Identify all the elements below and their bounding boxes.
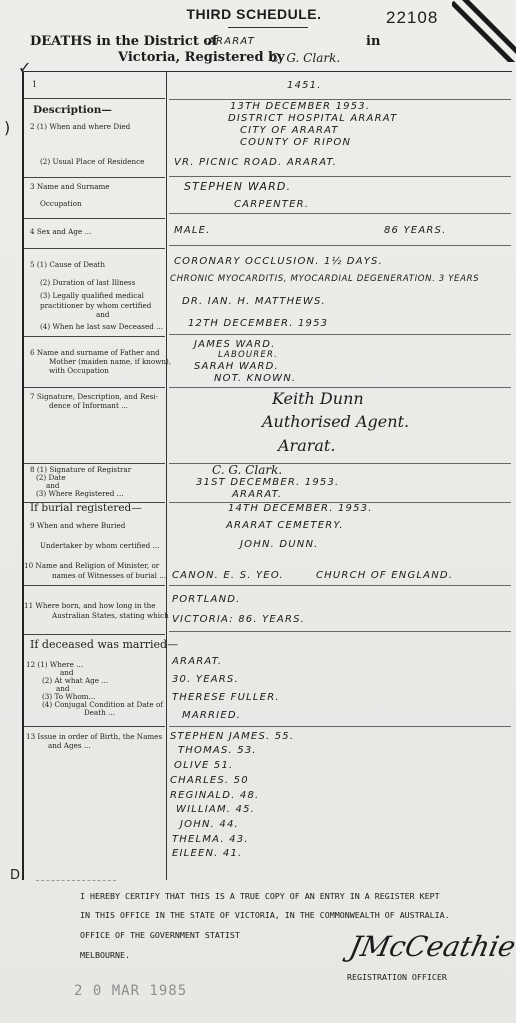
entry-rule (169, 726, 511, 727)
issue-child: REGINALD. 48. (170, 790, 259, 801)
secondary-cause-value: CHRONIC MYOCARDITIS, MYOCARDIAL DEGENERA… (170, 274, 479, 284)
practitioner-value: DR. IAN. H. MATTHEWS. (182, 296, 326, 307)
entry-rule (169, 631, 511, 632)
father-name-value: JAMES WARD. (194, 339, 276, 350)
usual-residence-label: (2) Usual Place of Residence (40, 157, 144, 167)
header-registered-label: Victoria, Registered by (118, 50, 285, 65)
married-heading: If deceased was married— (30, 640, 178, 650)
row-rule (24, 585, 165, 586)
birthplace-value: PORTLAND. (172, 594, 241, 605)
occupation-value: CARPENTER. (234, 199, 309, 210)
cause-of-death-value: CORONARY OCCLUSION. 1½ DAYS. (174, 256, 383, 267)
issue-child: THOMAS. 53. (178, 745, 257, 756)
office-name: OFFICE OF THE GOVERNMENT STATIST (80, 930, 240, 940)
usual-residence-value: VR. PICNIC ROAD. ARARAT. (174, 157, 337, 168)
entry-rule (169, 585, 511, 586)
death-place-value: DISTRICT HOSPITAL ARARAT (228, 113, 397, 124)
issue-child: CHARLES. 50 (170, 775, 249, 786)
residence-duration-value: VICTORIA: 86. YEARS. (172, 614, 305, 625)
margin-letter-d: D (10, 868, 20, 883)
marriage-place-value: ARARAT. (172, 656, 222, 667)
issue-child: EILEEN. 41. (172, 848, 242, 859)
row-rule (24, 177, 165, 178)
registrar-signature-value: C. G. Clark. (212, 463, 282, 477)
table-top-rule (22, 71, 512, 72)
entry-number-value: 1451. (287, 80, 322, 91)
occupation-label: Occupation (40, 199, 82, 209)
religion-value: CHURCH OF ENGLAND. (316, 570, 453, 581)
death-date-value: 13TH DECEMBER 1953. (230, 101, 370, 112)
death-county-value: COUNTY OF RIPON (240, 137, 351, 148)
where-registered-value: ARARAT. (232, 489, 282, 500)
row-rule (24, 336, 165, 337)
table-left-border (22, 72, 24, 880)
entry-rule (169, 99, 511, 100)
where-registered-label: (3) Where Registered ... (36, 489, 124, 499)
entry-rule (169, 245, 511, 246)
row-rule (24, 387, 165, 388)
cause-of-death-label: 5 (1) Cause of Death (30, 260, 105, 270)
certification-line-1: I HEREBY CERTIFY THAT THIS IS A TRUE COP… (80, 891, 440, 901)
spouse-name-value: THERESE FULLER. (172, 692, 280, 703)
schedule-title: THIRD SCHEDULE. (0, 6, 516, 22)
row-rule (24, 463, 165, 464)
entry-rule (169, 334, 511, 335)
row-rule (24, 218, 165, 219)
burial-place-value: ARARAT CEMETERY. (226, 520, 344, 531)
and-label: and (96, 310, 110, 320)
when-where-died-label: 2 (1) When and where Died (30, 122, 130, 132)
sex-age-label: 4 Sex and Age ... (30, 227, 91, 237)
row-rule (24, 248, 165, 249)
burial-date-value: 14TH DECEMBER. 1953. (228, 503, 373, 514)
informant-label-line2: dence of Informant ... (49, 401, 128, 411)
issue-child: OLIVE 51. (174, 760, 233, 771)
row-rule (24, 726, 165, 727)
death-city-value: CITY OF ARARAT (240, 125, 339, 136)
undertaker-label: Undertaker by whom certified ... (40, 541, 159, 551)
death-label: Death ... (84, 708, 115, 718)
sex-value: MALE. (174, 225, 211, 236)
issue-child: STEPHEN JAMES. 55. (170, 731, 294, 742)
title-underline (228, 27, 308, 28)
mother-name-value: SARAH WARD. (194, 361, 279, 372)
registration-number: 22108 (386, 8, 438, 28)
birthplace-label-line1: 11 Where born, and how long in the (24, 601, 156, 611)
description-heading: Description— (33, 106, 112, 116)
row-rule (24, 98, 165, 99)
father-occupation-value: LABOURER. (218, 350, 278, 360)
birthplace-label-line2: Australian States, stating which (52, 611, 169, 621)
office-city: MELBOURNE. (80, 950, 130, 960)
issue-child: JOHN. 44. (180, 819, 239, 830)
issue-label-line2: and Ages ... (48, 741, 91, 751)
informant-signature: Keith Dunn (272, 389, 364, 408)
row-1-label: 1 (32, 80, 37, 90)
entry-rule (169, 213, 511, 214)
header-district-label: DEATHS in the District of (30, 34, 218, 49)
deceased-name-value: STEPHEN WARD. (184, 180, 291, 193)
mother-occupation-value: NOT. KNOWN. (214, 373, 296, 384)
header-in-label: in (366, 34, 380, 49)
issue-child: THELMA. 43. (172, 834, 249, 845)
undertaker-value: JOHN. DUNN. (240, 539, 319, 550)
certificate-page: THIRD SCHEDULE. 22108 DEATHS in the Dist… (0, 0, 516, 1023)
informant-residence: Ararat. (278, 436, 335, 455)
minister-label-line1: 10 Name and Religion of Minister, or (24, 561, 159, 571)
row-rule (24, 634, 165, 635)
marriage-age-label: (2) At what Age ... (42, 676, 108, 686)
conjugal-condition-value: MARRIED. (182, 710, 241, 721)
registrar-signature: C. G. Clark. (270, 51, 340, 65)
last-saw-label: (4) When he last saw Deceased ... (40, 322, 163, 332)
issue-date-stamp: 2 0 MAR 1985 (74, 983, 187, 999)
district-value: ARARAT (208, 36, 255, 47)
minister-label-line2: names of Witnesses of burial ... (52, 571, 166, 581)
marriage-where-label: 12 (1) Where ... (26, 660, 83, 670)
age-value: 86 YEARS. (384, 225, 446, 236)
registration-date-value: 31ST DECEMBER. 1953. (196, 477, 339, 488)
when-where-buried-label: 9 When and where Buried (30, 521, 125, 531)
entry-rule (169, 387, 511, 388)
parents-label-line3: with Occupation (49, 366, 109, 376)
certification-line-2: IN THIS OFFICE IN THE STATE OF VICTORIA,… (80, 910, 450, 920)
duration-illness-label: (2) Duration of last Illness (40, 278, 135, 288)
margin-bracket: ) (4, 118, 10, 137)
informant-description: Authorised Agent. (262, 412, 409, 431)
issue-child: WILLIAM. 45. (176, 804, 255, 815)
burial-heading: If burial registered— (30, 504, 142, 514)
entry-rule (169, 176, 511, 177)
check-mark-icon: ✓ (18, 58, 31, 77)
name-surname-label: 3 Name and Surname (30, 182, 110, 192)
table-bottom-dash (36, 880, 116, 881)
table-column-divider (166, 72, 167, 880)
practitioner-label: (3) Legally qualified medical practition… (40, 291, 160, 310)
minister-value: CANON. E. S. YEO. (172, 570, 284, 581)
last-saw-value: 12TH DECEMBER. 1953 (188, 318, 328, 329)
issue-label-line1: 13 Issue in order of Birth, the Names (26, 732, 162, 742)
registration-officer-title: REGISTRATION OFFICER (347, 972, 447, 982)
marriage-age-value: 30. YEARS. (172, 674, 239, 685)
officer-signature: JMcCeathie (346, 930, 516, 963)
